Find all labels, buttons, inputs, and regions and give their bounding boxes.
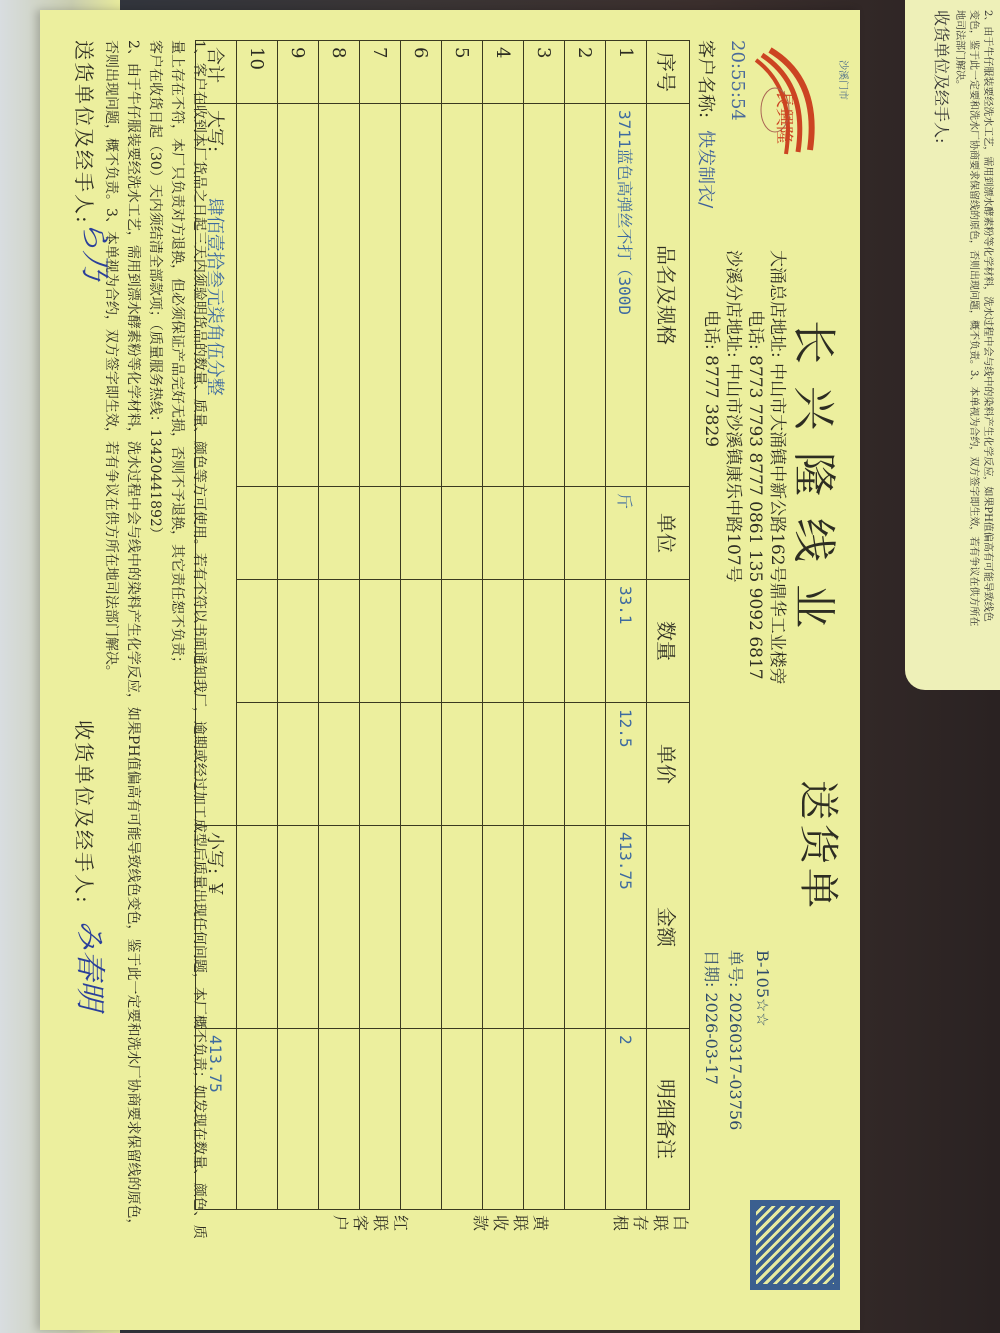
main-phone: 8773 7793 8777 0861 135 9092 6817 [745,355,765,679]
cell-no: 6 [401,41,442,104]
date-label: 日期: [702,950,721,987]
header-amount: 金额 [647,826,690,1029]
cell-qty: 33.1 [606,580,647,703]
cell-no: 3 [524,41,565,104]
cell-remark: 2 [606,1029,647,1210]
branch-address: 中山市沙溪镇康乐中路107号 [723,363,743,582]
table-row: 2 [565,41,606,1210]
cell-no: 2 [565,41,606,104]
branch-phone-label: 电话: [701,310,721,350]
main-phone-line: 电话: 8773 7793 8777 0861 135 9092 6817 [745,310,770,680]
receiver-signature-scrawl: み春明 [71,920,115,1010]
cell-no: 5 [442,41,483,104]
header-name: 品名及规格 [647,104,690,487]
branch-address-line: 沙溪分店地址: 中山市沙溪镇康乐中路107号 [723,250,748,583]
header-qty: 数量 [647,580,690,703]
branch-phone-line: 电话: 8777 3829 [701,310,726,447]
cell-no: 7 [360,41,401,104]
logo-small-text: 沙溪门市 [837,60,852,100]
table-row: 6 [401,41,442,1210]
delivery-signature-label: 送货单位及经手人: [71,40,100,225]
items-table: 序号 品名及规格 单位 数量 单价 金额 明细备注 1 3711蓝色高弹丝不打（… [195,40,690,1210]
logo-text: 長興隆 [772,90,798,144]
table-row: 5 [442,41,483,1210]
order-number-label: 单号: [726,950,745,987]
customer-name: 快发制衣/ [695,130,716,208]
order-number: 20260317-03756 [726,993,745,1131]
cell-no: 4 [483,41,524,104]
customer-label: 客户名称: [695,40,716,118]
note-payment: 客户在收货日起（30）天内须结清全部款项；（质量服务热线：13420441892… [144,40,166,1240]
table-row: 1 3711蓝色高弹丝不打（300D 斤 33.1 12.5 413.75 2 [606,41,647,1210]
table-header-row: 序号 品名及规格 单位 数量 单价 金额 明细备注 [647,41,690,1210]
branch-phone: 8777 3829 [701,355,721,447]
receiver-signature-label: 收货单位及经手人: [71,720,100,905]
note-1: 1、客户在收到本厂货品之日起三天内须验明货品的数量、质量、颜色等方可使用。若有不… [166,40,210,1240]
cell-no: 1 [606,41,647,104]
date-line: 日期: 2026-03-17 [701,950,724,1085]
table-row: 4 [483,41,524,1210]
main-address-line: 大涌总店地址: 中山市大涌镇中新公路162号鼎华工业楼旁 [767,250,792,685]
adjacent-receipt: 2、由于牛仔服装要经洗水工艺，需用到漂水酵素粉等化学材料，洗水过程中会与线中的染… [905,0,1000,690]
customer-line: 客户名称:快发制衣/ [694,40,720,208]
order-number-line: 单号: 20260317-03756 [725,950,748,1130]
copy-yellow: 黄联收款 [470,1215,550,1233]
main-address: 中山市大涌镇中新公路162号鼎华工业楼旁 [767,363,787,684]
cell-no: 8 [319,41,360,104]
copy-red: 红联客户 [330,1215,410,1233]
cell-no: 9 [278,41,319,104]
header-unit: 单位 [647,487,690,580]
table-row: 8 [319,41,360,1210]
print-time: 20:55:54 [727,40,748,121]
cell-price: 12.5 [606,703,647,826]
main-phone-label: 电话: [745,310,765,350]
delivery-note-form: 沙溪门市 長興隆 20:55:54 长兴隆线业 送货单 大涌总店地址: 中山市大… [60,20,860,1320]
adjacent-receiver-label: 收货单位及经手人: [934,10,948,630]
table-row: 7 [360,41,401,1210]
adjacent-receipt-notes: 2、由于牛仔服装要经洗水工艺，需用到漂水酵素粉等化学材料，洗水过程中会与线中的染… [952,10,994,630]
form-code: B-105☆☆ [753,950,772,1027]
copy-labels: 白联存根 黄联收款 红联客户 [270,1215,690,1255]
cell-amount: 413.75 [606,826,647,1029]
header-no: 序号 [647,41,690,104]
cell-unit: 斤 [606,487,647,580]
branch-address-label: 沙溪分店地址: [723,250,743,358]
cell-no: 10 [237,41,278,104]
company-name: 长兴隆线业 [786,320,850,650]
table-row: 3 [524,41,565,1210]
table-row: 10 [237,41,278,1210]
copy-white: 白联存根 [610,1215,690,1233]
header-price: 单价 [647,703,690,826]
qr-code-icon [750,1200,840,1290]
delivery-signature-scrawl: ら乃 [76,220,120,280]
header-remark: 明细备注 [647,1029,690,1210]
date-value: 2026-03-17 [702,993,721,1085]
cell-name: 3711蓝色高弹丝不打（300D [606,104,647,487]
table-row: 9 [278,41,319,1210]
main-address-label: 大涌总店地址: [767,250,787,358]
document-type: 送货单 [793,780,850,912]
